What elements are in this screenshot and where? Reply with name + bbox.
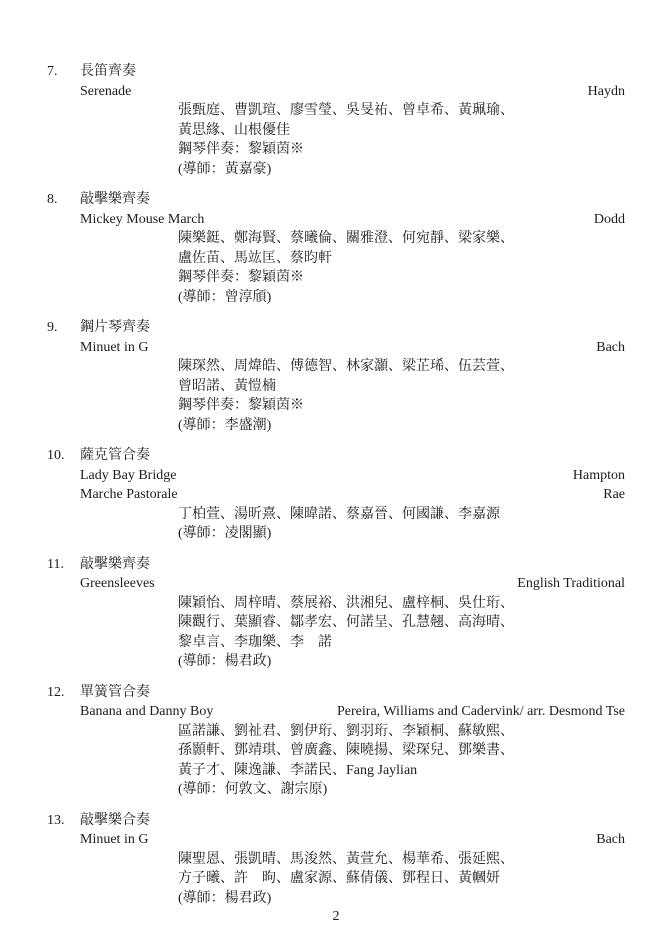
item-number: 7.: [47, 62, 80, 82]
item-category: 單簧管合奏: [80, 683, 150, 703]
tutor-line: (導師：楊君政): [178, 889, 625, 909]
programme-item: 7. 長笛齊奏 Serenade Haydn 張甄庭、曹凱瑄、廖雪瑩、吳旻祐、曾…: [47, 62, 625, 179]
composer-name: Haydn: [588, 82, 625, 102]
item-category: 敲擊樂齊奏: [80, 190, 150, 210]
programme-item: 11. 敲擊樂齊奏 Greensleeves English Tradition…: [47, 555, 625, 672]
performer-line: 陳樂鋌、鄭海賢、蔡曦倫、關雅澄、何宛靜、梁家樂、: [178, 229, 625, 249]
performer-line: 張甄庭、曹凱瑄、廖雪瑩、吳旻祐、曾卓希、黃珮瑜、: [178, 101, 625, 121]
item-number: 9.: [47, 318, 80, 338]
item-category: 鋼片琴齊奏: [80, 318, 150, 338]
piano-accompanist-line: 鋼琴伴奏：黎穎茵※: [178, 140, 625, 160]
item-number: 10.: [47, 446, 80, 466]
performer-line: 盧佐苗、馬竑匡、蔡昀軒: [178, 249, 625, 269]
performer-line: 孫顥軒、鄧靖琪、曾廣鑫、陳曉揚、梁琛兒、鄧樂書、: [178, 741, 625, 761]
composer-name: Dodd: [594, 210, 625, 230]
item-category: 敲擊樂合奏: [80, 811, 150, 831]
item-category: 敲擊樂齊奏: [80, 555, 150, 575]
composer-name: Bach: [596, 830, 625, 850]
piece-title: Serenade: [80, 82, 131, 102]
item-number: 13.: [47, 811, 80, 831]
tutor-line: (導師：李盛潮): [178, 416, 625, 436]
tutor-line: (導師：黃嘉豪): [178, 160, 625, 180]
programme-page: 7. 長笛齊奏 Serenade Haydn 張甄庭、曹凱瑄、廖雪瑩、吳旻祐、曾…: [0, 0, 672, 950]
programme-item: 10. 薩克管合奏 Lady Bay Bridge Hampton Marche…: [47, 446, 625, 544]
piano-accompanist-line: 鋼琴伴奏：黎穎茵※: [178, 396, 625, 416]
item-number: 11.: [47, 555, 80, 575]
piece-title: Mickey Mouse March: [80, 210, 204, 230]
item-number: 12.: [47, 683, 80, 703]
performer-line: 陳聖恩、張凱晴、馬浚然、黃萱允、楊華希、張延熙、: [178, 850, 625, 870]
performer-line: 陳穎怡、周梓晴、蔡展裕、洪湘兒、盧梓桐、吳仕珩、: [178, 594, 625, 614]
programme-item: 12. 單簧管合奏 Banana and Danny Boy Pereira, …: [47, 683, 625, 800]
performer-line: 黎卓言、李珈樂、李 諾: [178, 633, 625, 653]
composer-name: Hampton: [573, 466, 625, 486]
performer-line: 方子曦、許 昫、盧家源、蘇倩儀、鄧程日、黃幗妍: [178, 869, 625, 889]
performer-line: 黃子才、陳逸謙、李諾民、Fang Jaylian: [178, 761, 625, 781]
piece-title: Minuet in G: [80, 338, 148, 358]
piece-title: Greensleeves: [80, 574, 155, 594]
programme-item: 9. 鋼片琴齊奏 Minuet in G Bach 陳琛然、周煒皓、傅德智、林家…: [47, 318, 625, 435]
performer-line: 丁柏萱、湯昕熹、陳暐諾、蔡嘉晉、何國謙、李嘉源: [178, 505, 625, 525]
piece-title: Lady Bay Bridge: [80, 466, 176, 486]
composer-name: Bach: [596, 338, 625, 358]
tutor-line: (導師：凌閣顯): [178, 524, 625, 544]
item-category: 薩克管合奏: [80, 446, 150, 466]
piece-title: Minuet in G: [80, 830, 148, 850]
performer-line: 黃思緣、山根優佳: [178, 121, 625, 141]
programme-item: 8. 敲擊樂齊奏 Mickey Mouse March Dodd 陳樂鋌、鄭海賢…: [47, 190, 625, 307]
composer-name: Pereira, Williams and Cadervink/ arr. De…: [337, 702, 625, 722]
page-number: 2: [0, 907, 672, 927]
item-number: 8.: [47, 190, 80, 210]
piece-title: Banana and Danny Boy: [80, 702, 213, 722]
composer-name: English Traditional: [517, 574, 625, 594]
tutor-line: (導師：楊君政): [178, 652, 625, 672]
tutor-line: (導師：何敦文、謝宗原): [178, 780, 625, 800]
composer-name: Rae: [603, 485, 625, 505]
piece-title: Marche Pastorale: [80, 485, 178, 505]
item-category: 長笛齊奏: [80, 62, 136, 82]
performer-line: 區諾謙、劉祉君、劉伊珩、劉羽珩、李穎桐、蘇敏熙、: [178, 722, 625, 742]
programme-item: 13. 敲擊樂合奏 Minuet in G Bach 陳聖恩、張凱晴、馬浚然、黃…: [47, 811, 625, 909]
tutor-line: (導師：曾淳頎): [178, 288, 625, 308]
performer-line: 陳琛然、周煒皓、傅德智、林家灝、梁芷琋、伍芸萱、: [178, 357, 625, 377]
piano-accompanist-line: 鋼琴伴奏：黎穎茵※: [178, 268, 625, 288]
performer-line: 陳觀行、葉顯睿、鄒孝宏、何諾呈、孔慧翹、高海晴、: [178, 613, 625, 633]
performer-line: 曾昭諾、黃愷楠: [178, 377, 625, 397]
